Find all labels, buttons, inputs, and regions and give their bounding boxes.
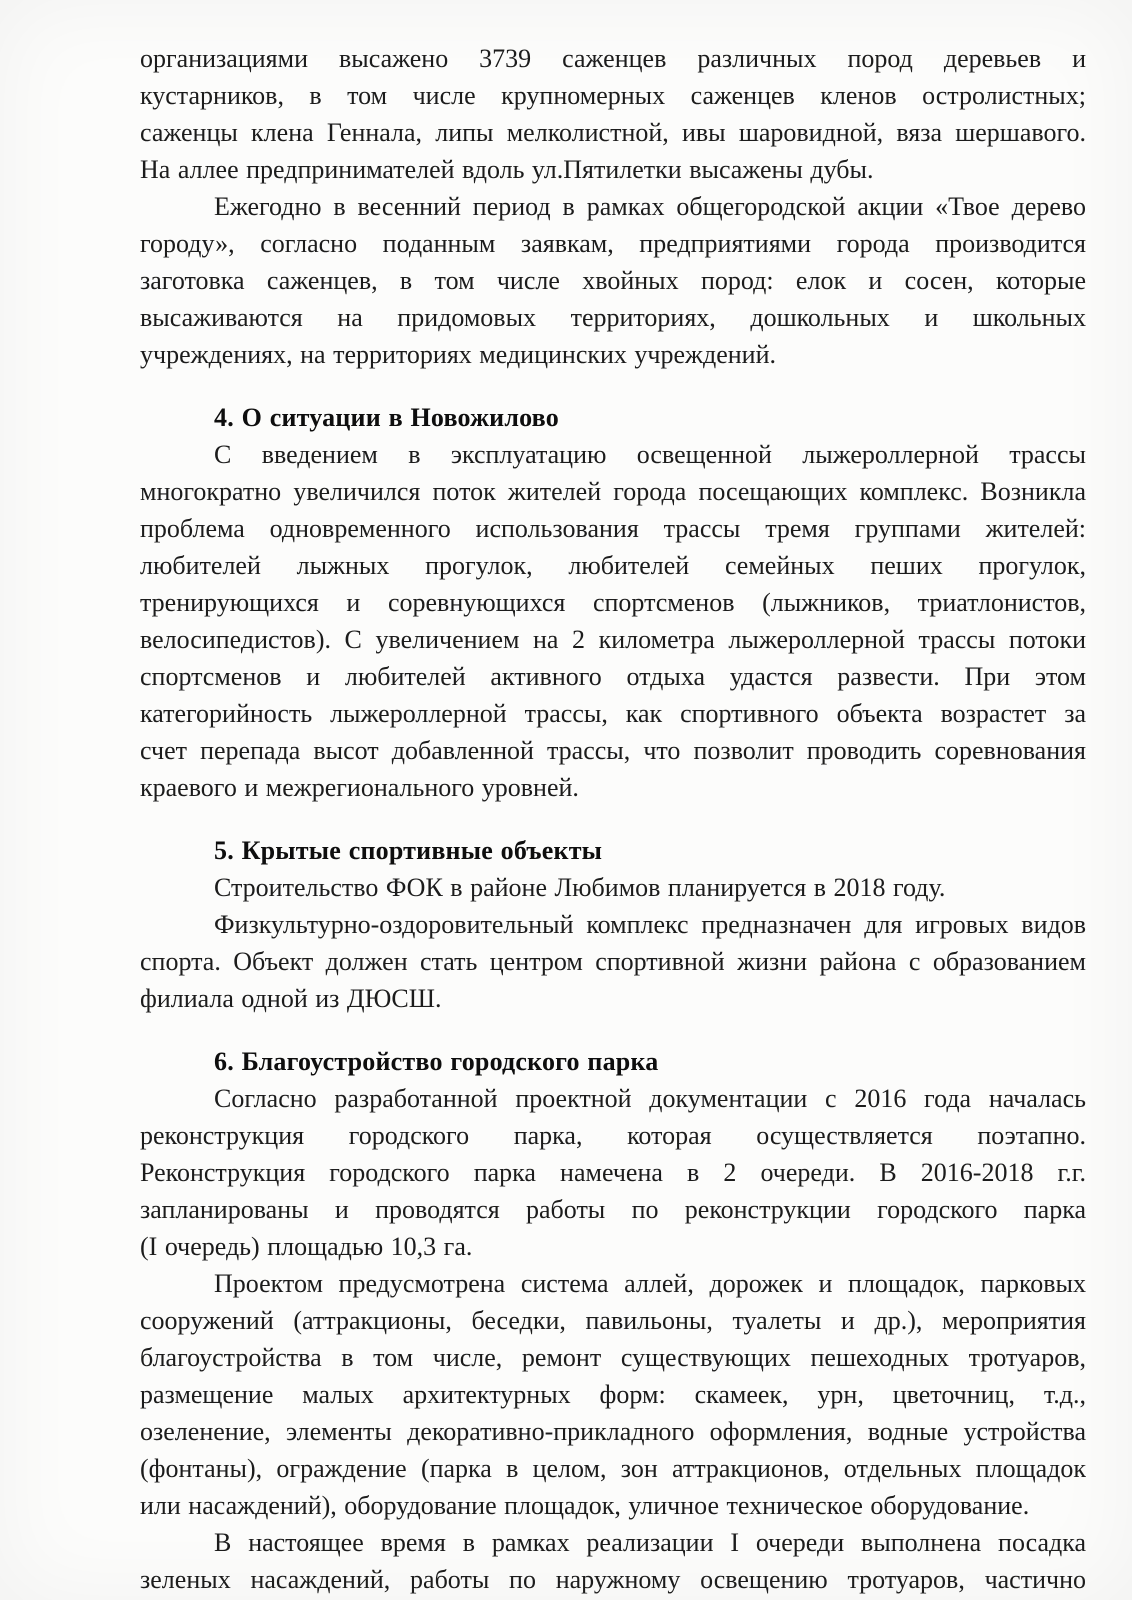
text-line: Строительство ФОК в районе Любимов плани… [140,869,1086,906]
paragraph: Проектом предусмотрена система аллей, до… [140,1265,1086,1524]
section-heading: 4. О ситуации в Новожилово [140,399,1086,436]
text-line: многократно увеличился поток жителей гор… [140,473,1086,510]
text-line: счет перепада высот добавленной трассы, … [140,732,1086,769]
text-line: велосипедистов). С увеличением на 2 кило… [140,621,1086,658]
text-line: С введением в эксплуатацию освещенной лы… [140,436,1086,473]
paragraph: Согласно разработанной проектной докумен… [140,1080,1086,1265]
text-line: тренирующихся и соревнующихся спортсмено… [140,584,1086,621]
text-line: или насаждений), оборудование площадок, … [140,1487,1086,1524]
text-line: проблема одновременного использования тр… [140,510,1086,547]
text-line: учреждениях, на территориях медицинских … [140,336,1086,373]
text-line: Ежегодно в весенний период в рамках обще… [140,188,1086,225]
paragraph: Ежегодно в весенний период в рамках обще… [140,188,1086,373]
paragraph: В настоящее время в рамках реализации I … [140,1524,1086,1598]
paragraph: Физкультурно-оздоровительный комплекс пр… [140,906,1086,1017]
paragraph: Строительство ФОК в районе Любимов плани… [140,869,1086,906]
heading-text: 6. Благоустройство городского парка [140,1043,1086,1080]
text-line: размещение малых архитектурных форм: ска… [140,1376,1086,1413]
text-line: любителей лыжных прогулок, любителей сем… [140,547,1086,584]
section-heading: 6. Благоустройство городского парка [140,1043,1086,1080]
scanned-document-page: организациями высажено 3739 саженцев раз… [0,0,1132,1600]
text-line: категорийность лыжероллерной трассы, как… [140,695,1086,732]
text-line: высаживаются на придомовых территориях, … [140,299,1086,336]
section-heading: 5. Крытые спортивные объекты [140,832,1086,869]
paragraph: организациями высажено 3739 саженцев раз… [140,40,1086,188]
heading-text: 5. Крытые спортивные объекты [140,832,1086,869]
text-line: Согласно разработанной проектной докумен… [140,1080,1086,1117]
text-line: филиала одной из ДЮСШ. [140,980,1086,1017]
text-line: городу», согласно поданным заявкам, пред… [140,225,1086,262]
text-line: заготовка саженцев, в том числе хвойных … [140,262,1086,299]
text-line: (фонтаны), ограждение (парка в целом, зо… [140,1450,1086,1487]
text-line: организациями высажено 3739 саженцев раз… [140,40,1086,77]
text-line: На аллее предпринимателей вдоль ул.Пятил… [140,151,1086,188]
text-line: спортсменов и любителей активного отдыха… [140,658,1086,695]
text-line: зеленых насаждений, работы по наружному … [140,1561,1086,1598]
heading-text: 4. О ситуации в Новожилово [140,399,1086,436]
text-line: благоустройства в том числе, ремонт суще… [140,1339,1086,1376]
text-line: спорта. Объект должен стать центром спор… [140,943,1086,980]
text-line: В настоящее время в рамках реализации I … [140,1524,1086,1561]
paragraph: С введением в эксплуатацию освещенной лы… [140,436,1086,806]
text-line: саженцы клена Геннала, липы мелколистной… [140,114,1086,151]
text-line: озеленение, элементы декоративно-приклад… [140,1413,1086,1450]
text-line: Реконструкция городского парка намечена … [140,1154,1086,1191]
text-line: (I очередь) площадью 10,3 га. [140,1228,1086,1265]
text-line: реконструкция городского парка, которая … [140,1117,1086,1154]
text-line: сооружений (аттракционы, беседки, павиль… [140,1302,1086,1339]
text-line: Физкультурно-оздоровительный комплекс пр… [140,906,1086,943]
text-line: Проектом предусмотрена система аллей, до… [140,1265,1086,1302]
text-line: краевого и межрегионального уровней. [140,769,1086,806]
text-line: запланированы и проводятся работы по рек… [140,1191,1086,1228]
text-line: кустарников, в том числе крупномерных са… [140,77,1086,114]
document-body: организациями высажено 3739 саженцев раз… [140,40,1086,1598]
